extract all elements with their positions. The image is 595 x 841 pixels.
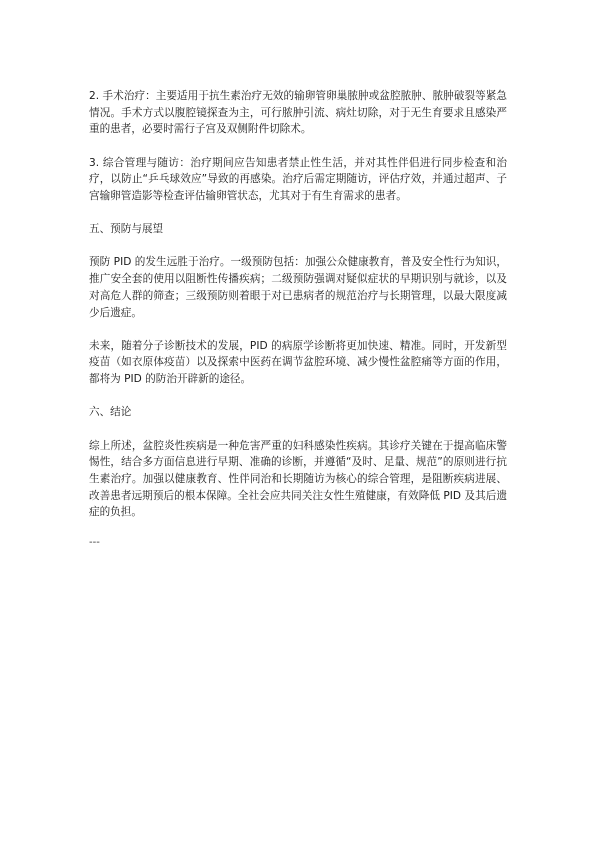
section-heading-conclusion: 六、结论: [89, 404, 507, 421]
paragraph-future-outlook: 未来，随着分子诊断技术的发展，PID 的病原学诊断将更加快速、精准。同时，开发新…: [89, 338, 507, 388]
paragraph-prevention: 预防 PID 的发生远胜于治疗。一级预防包括：加强公众健康教育，普及安全性行为知…: [89, 254, 507, 321]
paragraph-comprehensive-management: 3. 综合管理与随访：治疗期间应告知患者禁止性生活，并对其性伴侣进行同步检查和治…: [89, 155, 507, 205]
document-page: 2. 手术治疗：主要适用于抗生素治疗无效的输卵管卵巢脓肿或盆腔脓肿、脓肿破裂等紧…: [89, 88, 507, 550]
paragraph-conclusion: 综上所述，盆腔炎性疾病是一种危害严重的妇科感染性疾病。其诊疗关键在于提高临床警惕…: [89, 438, 507, 522]
end-marker: ---: [89, 536, 507, 550]
paragraph-surgical-treatment: 2. 手术治疗：主要适用于抗生素治疗无效的输卵管卵巢脓肿或盆腔脓肿、脓肿破裂等紧…: [89, 88, 507, 138]
section-heading-prevention: 五、预防与展望: [89, 221, 507, 238]
